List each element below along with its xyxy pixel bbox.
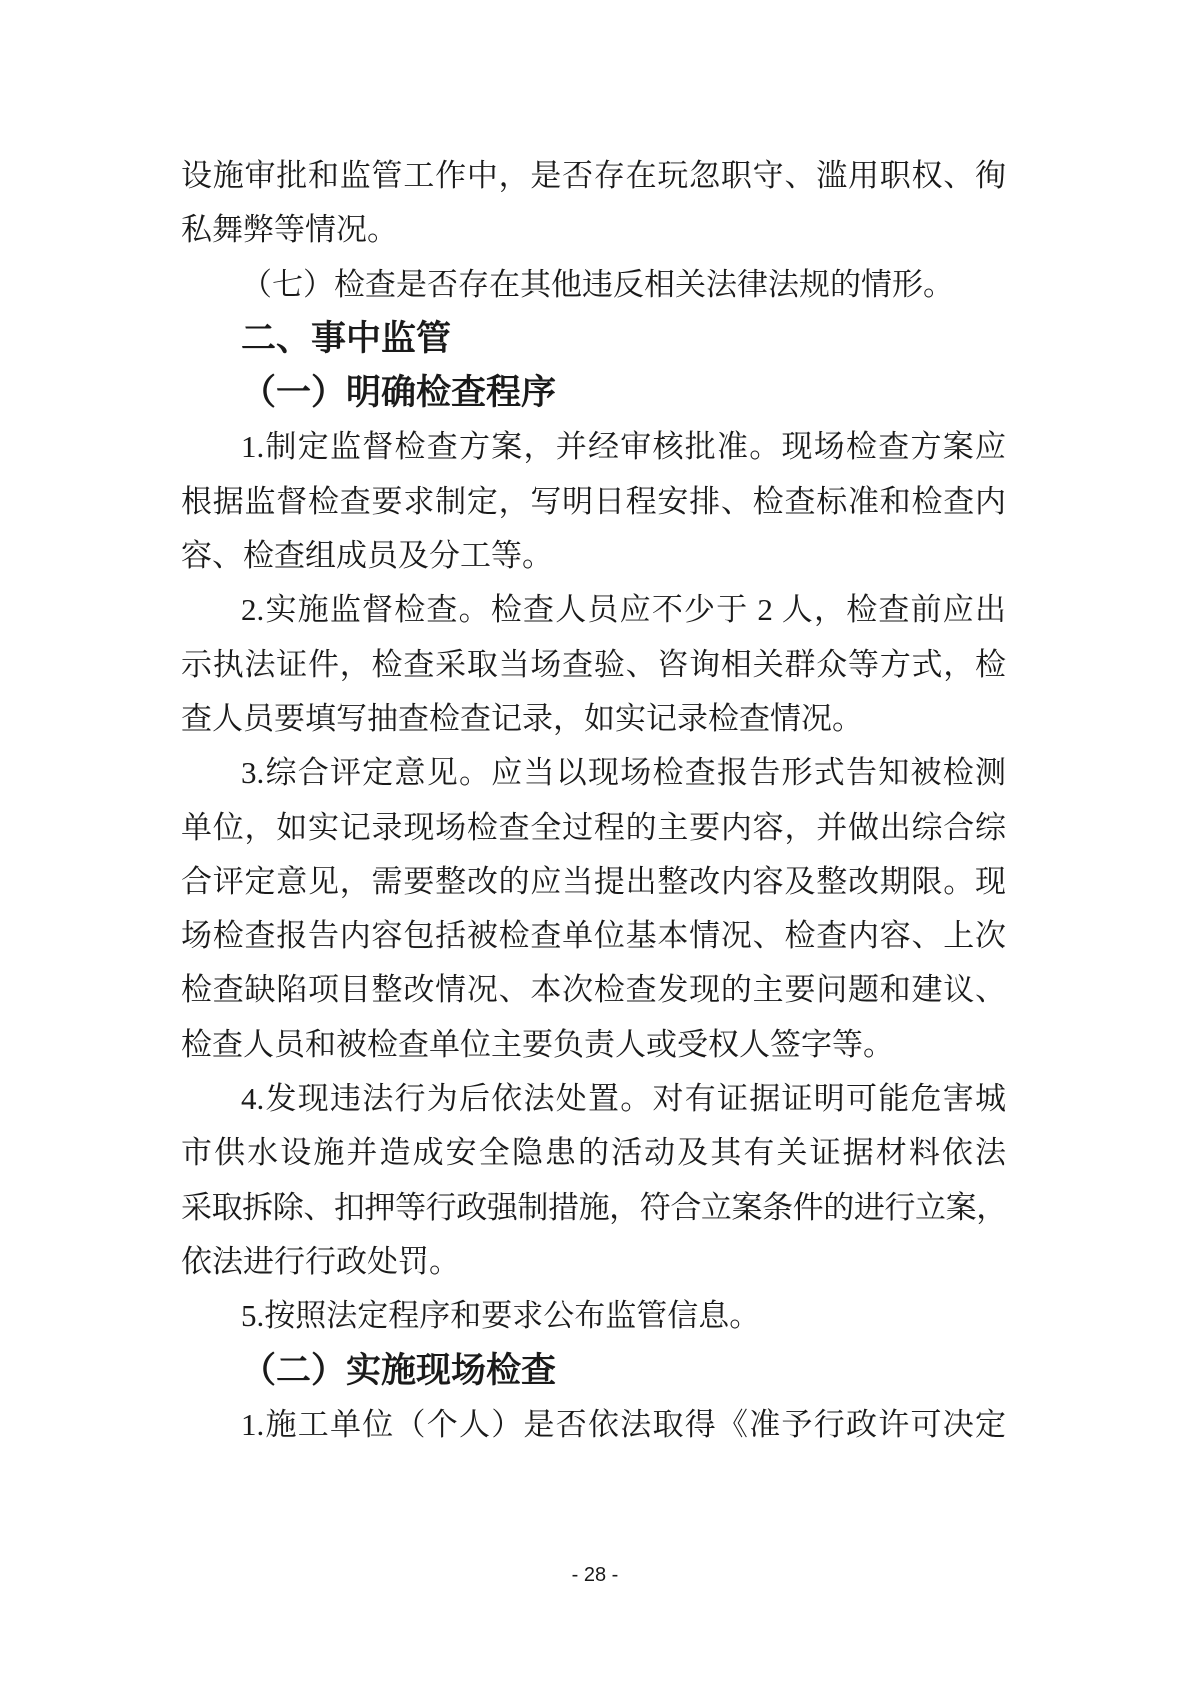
text-line: 单位，如实记录现场检查全过程的主要内容，并做出综合综	[181, 801, 1006, 855]
document-page: 设施审批和监管工作中，是否存在玩忽职守、滥用职权、徇私舞弊等情况。（七）检查是否…	[0, 0, 1190, 1683]
text-line: （一）明确检查程序	[181, 366, 1006, 420]
text-line: 3.综合评定意见。应当以现场检查报告形式告知被检测	[181, 746, 1006, 800]
paragraph: （七）检查是否存在其他违反相关法律法规的情形。	[181, 258, 1006, 312]
paragraph: 1.制定监督检查方案，并经审核批准。现场检查方案应根据监督检查要求制定，写明日程…	[181, 420, 1006, 583]
page-number: - 28 -	[572, 1564, 619, 1586]
text-line: 市供水设施并造成安全隐患的活动及其有关证据材料依法	[181, 1126, 1006, 1180]
text-line: 依法进行行政处罚。	[181, 1235, 1006, 1289]
document-body: 设施审批和监管工作中，是否存在玩忽职守、滥用职权、徇私舞弊等情况。（七）检查是否…	[181, 149, 1006, 1452]
text-line: 合评定意见，需要整改的应当提出整改内容及整改期限。现	[181, 855, 1006, 909]
text-line: 5.按照法定程序和要求公布监管信息。	[181, 1289, 1006, 1343]
paragraph: 2.实施监督检查。检查人员应不少于 2 人，检查前应出示执法证件，检查采取当场查…	[181, 583, 1006, 746]
text-line: （二）实施现场检查	[181, 1344, 1006, 1398]
paragraph: 3.综合评定意见。应当以现场检查报告形式告知被检测单位，如实记录现场检查全过程的…	[181, 746, 1006, 1072]
text-line: 私舞弊等情况。	[181, 203, 1006, 257]
text-line: （七）检查是否存在其他违反相关法律法规的情形。	[181, 258, 1006, 312]
paragraph: 设施审批和监管工作中，是否存在玩忽职守、滥用职权、徇私舞弊等情况。	[181, 149, 1006, 258]
text-line: 2.实施监督检查。检查人员应不少于 2 人，检查前应出	[181, 583, 1006, 637]
section-heading1: 二、事中监管	[181, 312, 1006, 366]
section-heading2: （二）实施现场检查	[181, 1344, 1006, 1398]
text-line: 检查人员和被检查单位主要负责人或受权人签字等。	[181, 1018, 1006, 1072]
text-line: 4.发现违法行为后依法处置。对有证据证明可能危害城	[181, 1072, 1006, 1126]
text-line: 二、事中监管	[181, 312, 1006, 366]
paragraph: 4.发现违法行为后依法处置。对有证据证明可能危害城市供水设施并造成安全隐患的活动…	[181, 1072, 1006, 1289]
text-line: 容、检查组成员及分工等。	[181, 529, 1006, 583]
page-footer: - 28 -	[0, 1563, 1190, 1587]
text-line: 检查缺陷项目整改情况、本次检查发现的主要问题和建议、	[181, 963, 1006, 1017]
text-line: 采取拆除、扣押等行政强制措施，符合立案条件的进行立案，	[181, 1181, 1006, 1235]
text-line: 场检查报告内容包括被检查单位基本情况、检查内容、上次	[181, 909, 1006, 963]
paragraph: 1.施工单位（个人）是否依法取得《准予行政许可决定	[181, 1398, 1006, 1452]
text-line: 1.施工单位（个人）是否依法取得《准予行政许可决定	[181, 1398, 1006, 1452]
paragraph: 5.按照法定程序和要求公布监管信息。	[181, 1289, 1006, 1343]
text-line: 示执法证件，检查采取当场查验、咨询相关群众等方式，检	[181, 638, 1006, 692]
section-heading2: （一）明确检查程序	[181, 366, 1006, 420]
text-line: 查人员要填写抽查检查记录，如实记录检查情况。	[181, 692, 1006, 746]
text-line: 设施审批和监管工作中，是否存在玩忽职守、滥用职权、徇	[181, 149, 1006, 203]
text-line: 1.制定监督检查方案，并经审核批准。现场检查方案应	[181, 420, 1006, 474]
text-line: 根据监督检查要求制定，写明日程安排、检查标准和检查内	[181, 475, 1006, 529]
